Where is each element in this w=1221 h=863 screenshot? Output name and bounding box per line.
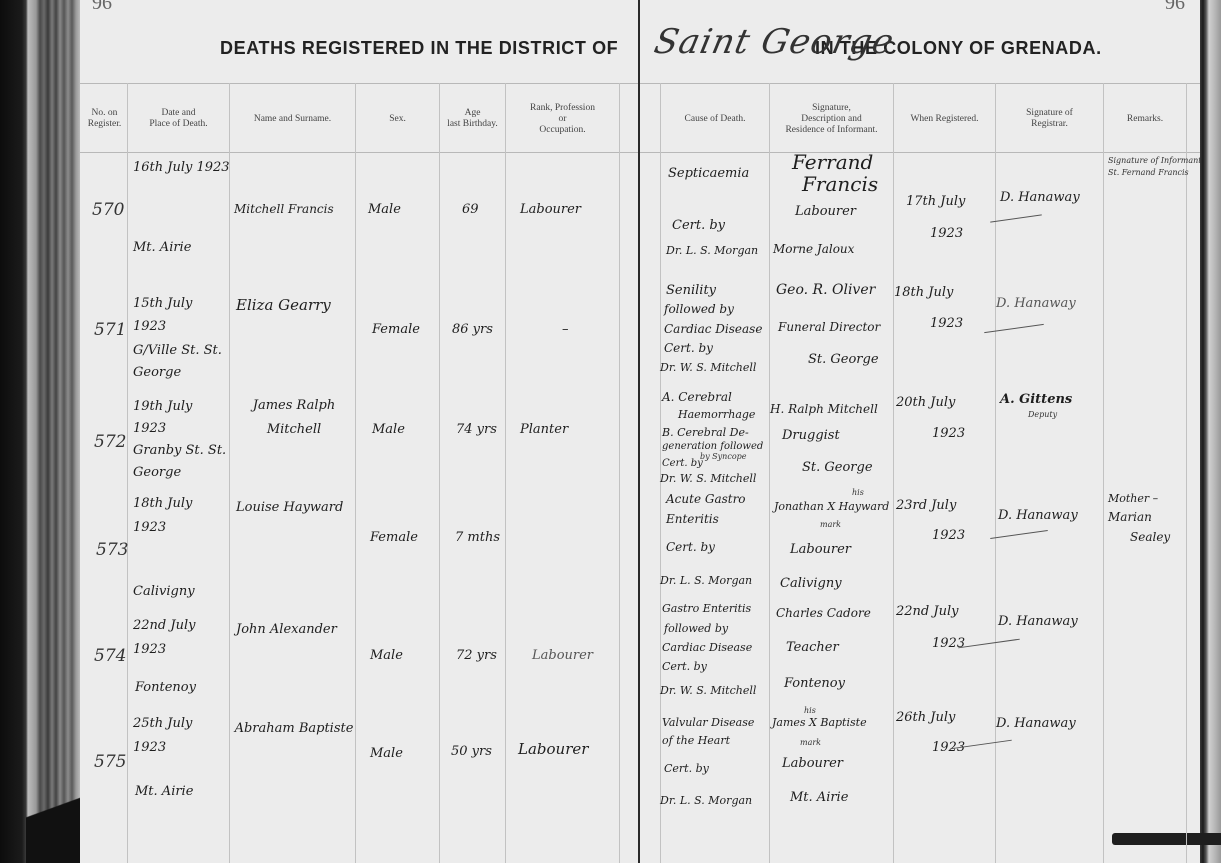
entry-date: 18th July 1923 [133, 492, 228, 540]
entry-place: Fontenoy [135, 680, 196, 695]
column-header-occupation: Rank, Profession or Occupation. [506, 88, 619, 150]
column-rule [1103, 83, 1104, 863]
entry-remarks-line: Mother – [1108, 492, 1158, 505]
column-header-age: Age last Birthday. [440, 88, 505, 150]
entry-cause-line: Dr. W. S. Mitchell [660, 472, 756, 485]
entry-sex: Male [370, 648, 403, 663]
column-header-informant: Signature, Description and Residence of … [770, 88, 893, 150]
entry-cause-line: B. Cerebral De- [662, 426, 749, 439]
entry-cause-line: Cardiac Disease [664, 322, 762, 336]
book-edge-right [1200, 0, 1221, 863]
entry-cause-line: Gastro Enteritis [662, 602, 751, 615]
entry-occupation: Labourer [520, 202, 581, 217]
column-rule [769, 83, 770, 863]
entry-cause-line: Cert. by [662, 660, 707, 673]
entry-place: Mt. Airie [133, 240, 191, 255]
entry-informant-line: Ferrand [792, 150, 873, 174]
entry-cause-line: Dr. L. S. Morgan [660, 574, 752, 587]
entry-informant-line: Druggist [782, 428, 840, 443]
entry-cause-line: Senility [666, 283, 716, 298]
entry-place: G/Ville St. St. George [133, 340, 228, 384]
column-header-no: No. on Register. [82, 88, 127, 150]
column-header-name: Name and Surname. [230, 88, 355, 150]
column-rule [1186, 83, 1187, 863]
entry-cause-line: Haemorrhage [678, 408, 755, 421]
entry-place: Mt. Airie [135, 784, 193, 799]
entry-number: 571 [94, 320, 126, 340]
entry-registered-date: 17th July [906, 194, 965, 209]
entry-date: 22nd July 1923 [133, 614, 228, 662]
entry-informant-line: James X Baptiste [772, 716, 867, 729]
entry-cause-line: Cert. by [666, 540, 715, 554]
entry-informant-line: Labourer [782, 756, 843, 771]
entry-cause-line: Dr. W. S. Mitchell [660, 361, 756, 374]
entry-informant-line: Labourer [790, 542, 851, 557]
entry-remarks-line: Signature of Informant [1108, 156, 1202, 165]
entry-informant-line: Teacher [786, 640, 839, 655]
page-number-left: 96 [92, 0, 112, 15]
entry-registered-date: 18th July [894, 285, 953, 300]
entry-cause-line: Acute Gastro [666, 492, 746, 506]
entry-number: 575 [94, 752, 126, 772]
entry-cause-line: Cert. by [664, 341, 713, 355]
entry-cause-line: Enteritis [666, 512, 719, 526]
bookmark-ribbon [1112, 833, 1221, 845]
entry-name: Louise Hayward [236, 500, 343, 515]
header-rule-top-right [640, 83, 1200, 84]
entry-registered-date: 22nd July [896, 604, 958, 619]
entry-sex: Female [370, 530, 418, 545]
entry-name: John Alexander [236, 622, 337, 637]
entry-informant-line: Funeral Director [778, 320, 880, 334]
entry-name: Mitchell Francis [234, 202, 334, 216]
header-rule-top-left [80, 83, 638, 84]
column-rule [619, 83, 620, 863]
entry-registered-year: 1923 [932, 426, 965, 441]
entry-remarks-line: St. Fernand Francis [1108, 168, 1189, 177]
entry-cause-line: Septicaemia [668, 166, 749, 181]
column-header-registrar: Signature of Registrar. [996, 88, 1103, 150]
entry-informant-line: H. Ralph Mitchell [770, 402, 878, 416]
entry-informant-mark: mark [820, 520, 841, 529]
entry-age: 74 yrs [456, 422, 497, 437]
page-number-right: 96 [1165, 0, 1185, 15]
entry-cause-line: Dr. L. S. Morgan [660, 794, 752, 807]
column-header-sex: Sex. [356, 88, 439, 150]
entry-registered-date: 26th July [896, 710, 955, 725]
entry-registered-date: 23rd July [896, 498, 956, 513]
entry-date: 15th July 1923 [133, 292, 228, 338]
entry-sex: Male [370, 746, 403, 761]
entry-registrar-signature: D. Hanaway [996, 716, 1076, 731]
entry-cause-line: Cardiac Disease [662, 641, 752, 654]
entry-informant-line: Morne Jaloux [773, 242, 854, 256]
entry-cause-line: by Syncope [700, 452, 747, 461]
entry-sex: Male [372, 422, 405, 437]
entry-registrar-signature: A. Gittens [1000, 392, 1072, 407]
entry-registered-year: 1923 [930, 226, 963, 241]
entry-informant-mark: mark [800, 738, 821, 747]
entry-cause-line: Cert. by [664, 762, 709, 775]
entry-number: 570 [92, 200, 124, 220]
entry-cause-line: Cert. by [672, 218, 725, 233]
entry-informant-line: Geo. R. Oliver [776, 282, 875, 298]
entry-informant-line: Jonathan X Hayward [774, 500, 889, 513]
entry-age: 72 yrs [456, 648, 497, 663]
entry-informant-line: Labourer [795, 204, 856, 219]
entry-cause-line: generation followed [662, 441, 763, 452]
entry-age: 69 [462, 202, 479, 217]
entry-place: Calivigny [133, 584, 195, 599]
entry-informant-line: Fontenoy [784, 676, 845, 691]
entry-informant-line: St. George [808, 352, 879, 367]
entry-date: 19th July 1923 [133, 396, 228, 440]
column-rule [355, 83, 356, 863]
entry-occupation: – [562, 322, 569, 337]
entry-registered-date: 20th July [896, 395, 955, 410]
column-header-when-registered: When Registered. [894, 88, 995, 150]
entry-cause-line: of the Heart [662, 734, 730, 747]
entry-informant-mark: his [804, 706, 816, 715]
column-rule [127, 83, 128, 863]
entry-date: 25th July 1923 [133, 712, 228, 760]
entry-registrar-signature: D. Hanaway [998, 614, 1078, 629]
entry-remarks-line: Marian [1108, 510, 1152, 524]
entry-cause-line: A. Cerebral [662, 390, 732, 404]
entry-registrar-signature: D. Hanaway [998, 508, 1078, 523]
column-rule [893, 83, 894, 863]
entry-age: 50 yrs [451, 744, 492, 759]
entry-cause-line: followed by [664, 622, 728, 635]
entry-number: 574 [94, 646, 126, 666]
book-binding-left [0, 0, 80, 863]
entry-informant-mark: his [852, 488, 864, 497]
entry-remarks-line: Sealey [1130, 530, 1170, 544]
entry-informant-line: Calivigny [780, 576, 842, 591]
column-rule [229, 83, 230, 863]
column-rule [505, 83, 506, 863]
entry-place: Granby St. St. George [133, 440, 228, 484]
entry-number: 572 [94, 432, 126, 452]
entry-name: James Ralph Mitchell [234, 394, 354, 442]
entry-registered-year: 1923 [932, 636, 965, 651]
entry-registered-year: 1923 [932, 528, 965, 543]
entry-informant-line: Francis [802, 172, 878, 196]
entry-cause-line: Dr. L. S. Morgan [666, 244, 758, 257]
entry-occupation: Planter [520, 422, 568, 437]
entry-cause-line: followed by [664, 302, 734, 316]
entry-cause-line: Valvular Disease [662, 716, 754, 729]
entry-name: Abraham Baptiste [234, 716, 354, 742]
entry-age: 7 mths [455, 530, 500, 545]
entry-registered-year: 1923 [930, 316, 963, 331]
column-header-date-place: Date and Place of Death. [128, 88, 229, 150]
entry-registrar-signature: D. Hanaway [996, 296, 1076, 311]
entry-name: Eliza Gearry [236, 296, 331, 314]
register-title-left: DEATHS REGISTERED IN THE DISTRICT OF [220, 38, 618, 59]
entry-occupation: Labourer [532, 648, 593, 663]
entry-registrar-note: Deputy [1028, 410, 1057, 419]
header-rule-bottom-right [640, 152, 1200, 153]
entry-sex: Female [372, 322, 420, 337]
entry-informant-line: Mt. Airie [790, 790, 848, 805]
header-rule-bottom-left [80, 152, 638, 153]
entry-registrar-signature: D. Hanaway [1000, 190, 1080, 205]
entry-cause-line: Dr. W. S. Mitchell [660, 684, 756, 697]
column-header-remarks: Remarks. [1104, 88, 1186, 150]
entry-occupation: Labourer [518, 740, 588, 758]
entry-number: 573 [96, 540, 128, 560]
entry-age: 86 yrs [452, 322, 493, 337]
entry-date: 16th July 1923 [133, 160, 230, 175]
column-rule [439, 83, 440, 863]
column-header-cause: Cause of Death. [661, 88, 769, 150]
district-name-handwritten: Saint George [651, 22, 898, 62]
entry-informant-line: St. George [802, 460, 873, 475]
entry-sex: Male [368, 202, 401, 217]
entry-informant-line: Charles Cadore [776, 606, 871, 620]
entry-cause-line: Cert. by [662, 458, 703, 469]
column-rule [995, 83, 996, 863]
